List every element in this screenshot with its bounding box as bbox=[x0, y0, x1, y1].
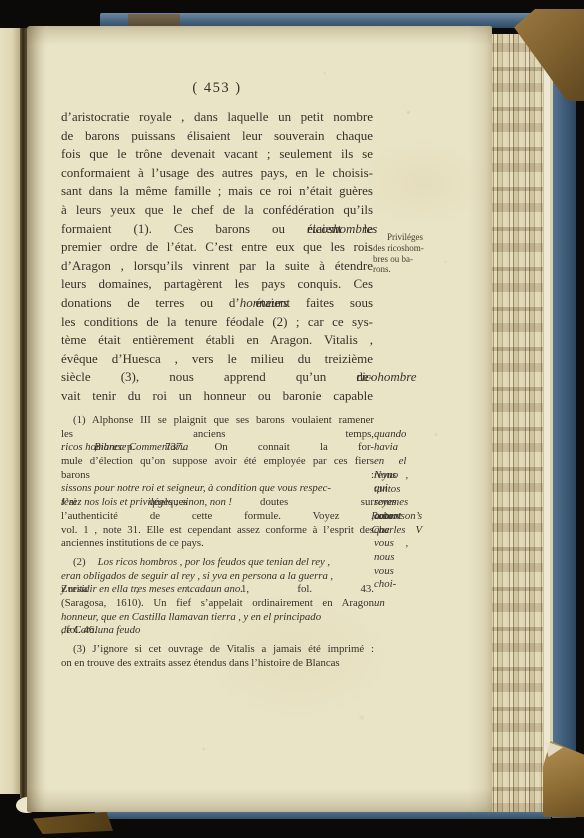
footnote-line: mule d’élection qu’on suppose avoir été … bbox=[61, 455, 374, 469]
body-line: de barons puissans élisaient leur souver… bbox=[61, 127, 373, 146]
footnote-line: (3) J’ignore si cet ouvrage de Vitalis a… bbox=[61, 643, 374, 657]
page-block-fore-edge bbox=[491, 34, 544, 812]
footnote-line: l’authenticité de cette formule. Voyez R… bbox=[61, 510, 374, 524]
body-line: sant dans la même famille ; mais ce roi … bbox=[61, 182, 373, 201]
endpaper-edge bbox=[543, 50, 553, 812]
margin-note-line: rons. bbox=[373, 264, 443, 275]
body-line: leurs domaines, partagèrent les pays con… bbox=[61, 275, 373, 294]
margin-note-line: des ricoshom- bbox=[373, 243, 443, 254]
margin-note-line: bres ou ba- bbox=[373, 254, 443, 265]
body-line: fois que le trône devenait vacant ; seul… bbox=[61, 145, 373, 164]
footnote-line: (Saragosa, 1610). Un fief s’appelait ord… bbox=[61, 597, 374, 611]
body-line: d’aristocratie royale , dans laquelle un… bbox=[61, 108, 373, 127]
body-line: premier ordre de l’état. C’est entre eux… bbox=[61, 238, 373, 257]
body-line: vait tenir du roi un honneur ou baronie … bbox=[61, 387, 373, 406]
footnote-line: on en trouve des extraits assez étendus … bbox=[61, 657, 374, 671]
footnote-line: barons : Nous , qui sommes autant que vo… bbox=[61, 469, 374, 483]
footnote-line: honneur, que en Castilla llamavan tierra… bbox=[61, 611, 374, 625]
footnote-2: (2) Los ricos hombros , por los feudos q… bbox=[61, 556, 374, 638]
page-number: ( 453 ) bbox=[61, 80, 373, 97]
body-line: évêque d’Huesca , vers le milieu du trei… bbox=[61, 350, 373, 369]
footnote-3: (3) J’ignore si cet ouvrage de Vitalis a… bbox=[61, 643, 374, 670]
footnote-line: de Cataluna feudo , fol. 46. bbox=[61, 624, 374, 638]
book-cover-right-board bbox=[552, 24, 576, 818]
book-cover-top-stain bbox=[128, 14, 180, 26]
left-page-edge bbox=[0, 28, 20, 794]
footnote-line: (2) Los ricos hombros , por los feudos q… bbox=[61, 556, 374, 570]
leather-corner-bottom-left bbox=[33, 812, 113, 834]
body-text: d’aristocratie royale , dans laquelle un… bbox=[61, 108, 373, 406]
footnote-line: (1) Alphonse III se plaignit que ses bar… bbox=[61, 414, 374, 428]
footnote-1: (1) Alphonse III se plaignit que ses bar… bbox=[61, 414, 374, 551]
footnote-line: anciennes institutions de ce pays. bbox=[61, 537, 374, 551]
body-line: tème était entièrement établi en Aragon.… bbox=[61, 331, 373, 350]
book-page: ( 453 ) d’aristocratie royale , dans laq… bbox=[27, 26, 492, 812]
footnote-line: terez nos lois et priviléges ; sinon, no… bbox=[61, 496, 374, 510]
footnote-line: sissons pour notre roi et seigneur, à co… bbox=[61, 482, 374, 496]
body-line: siècle (3), nous apprend qu’un ricohombr… bbox=[61, 368, 373, 387]
body-line: donations de terres ou d’honneurs étaien… bbox=[61, 294, 373, 313]
footnote-line: y residir en ella tres meses en cadaun a… bbox=[61, 583, 374, 597]
margin-note-line: Priviléges bbox=[373, 232, 443, 243]
body-line: formaient (1). Ces barons ou ricoshombre… bbox=[61, 220, 373, 239]
footnote-line: ricos hombres. Biancæ Commentaria, p. 73… bbox=[61, 441, 374, 455]
body-line: à leurs yeux que le chef de la confédéra… bbox=[61, 201, 373, 220]
margin-note: Priviléges des ricoshom- bres ou ba- ron… bbox=[373, 232, 443, 275]
book-photo: ( 453 ) d’aristocratie royale , dans laq… bbox=[0, 0, 584, 838]
body-line: d’Aragon , lorsqu’ils vinrent par la sui… bbox=[61, 257, 373, 276]
body-line: conformaient à l’usage des autres pays, … bbox=[61, 164, 373, 183]
footnote-line: eran obligados de seguir al rey , si yva… bbox=[61, 570, 374, 584]
footnote-line: vol. 1 , note 31. Elle est cependant ass… bbox=[61, 524, 374, 538]
footnote-line: les anciens temps, quando havia en el re… bbox=[61, 428, 374, 442]
body-line: les conditions de la tenure féodale (2) … bbox=[61, 313, 373, 332]
